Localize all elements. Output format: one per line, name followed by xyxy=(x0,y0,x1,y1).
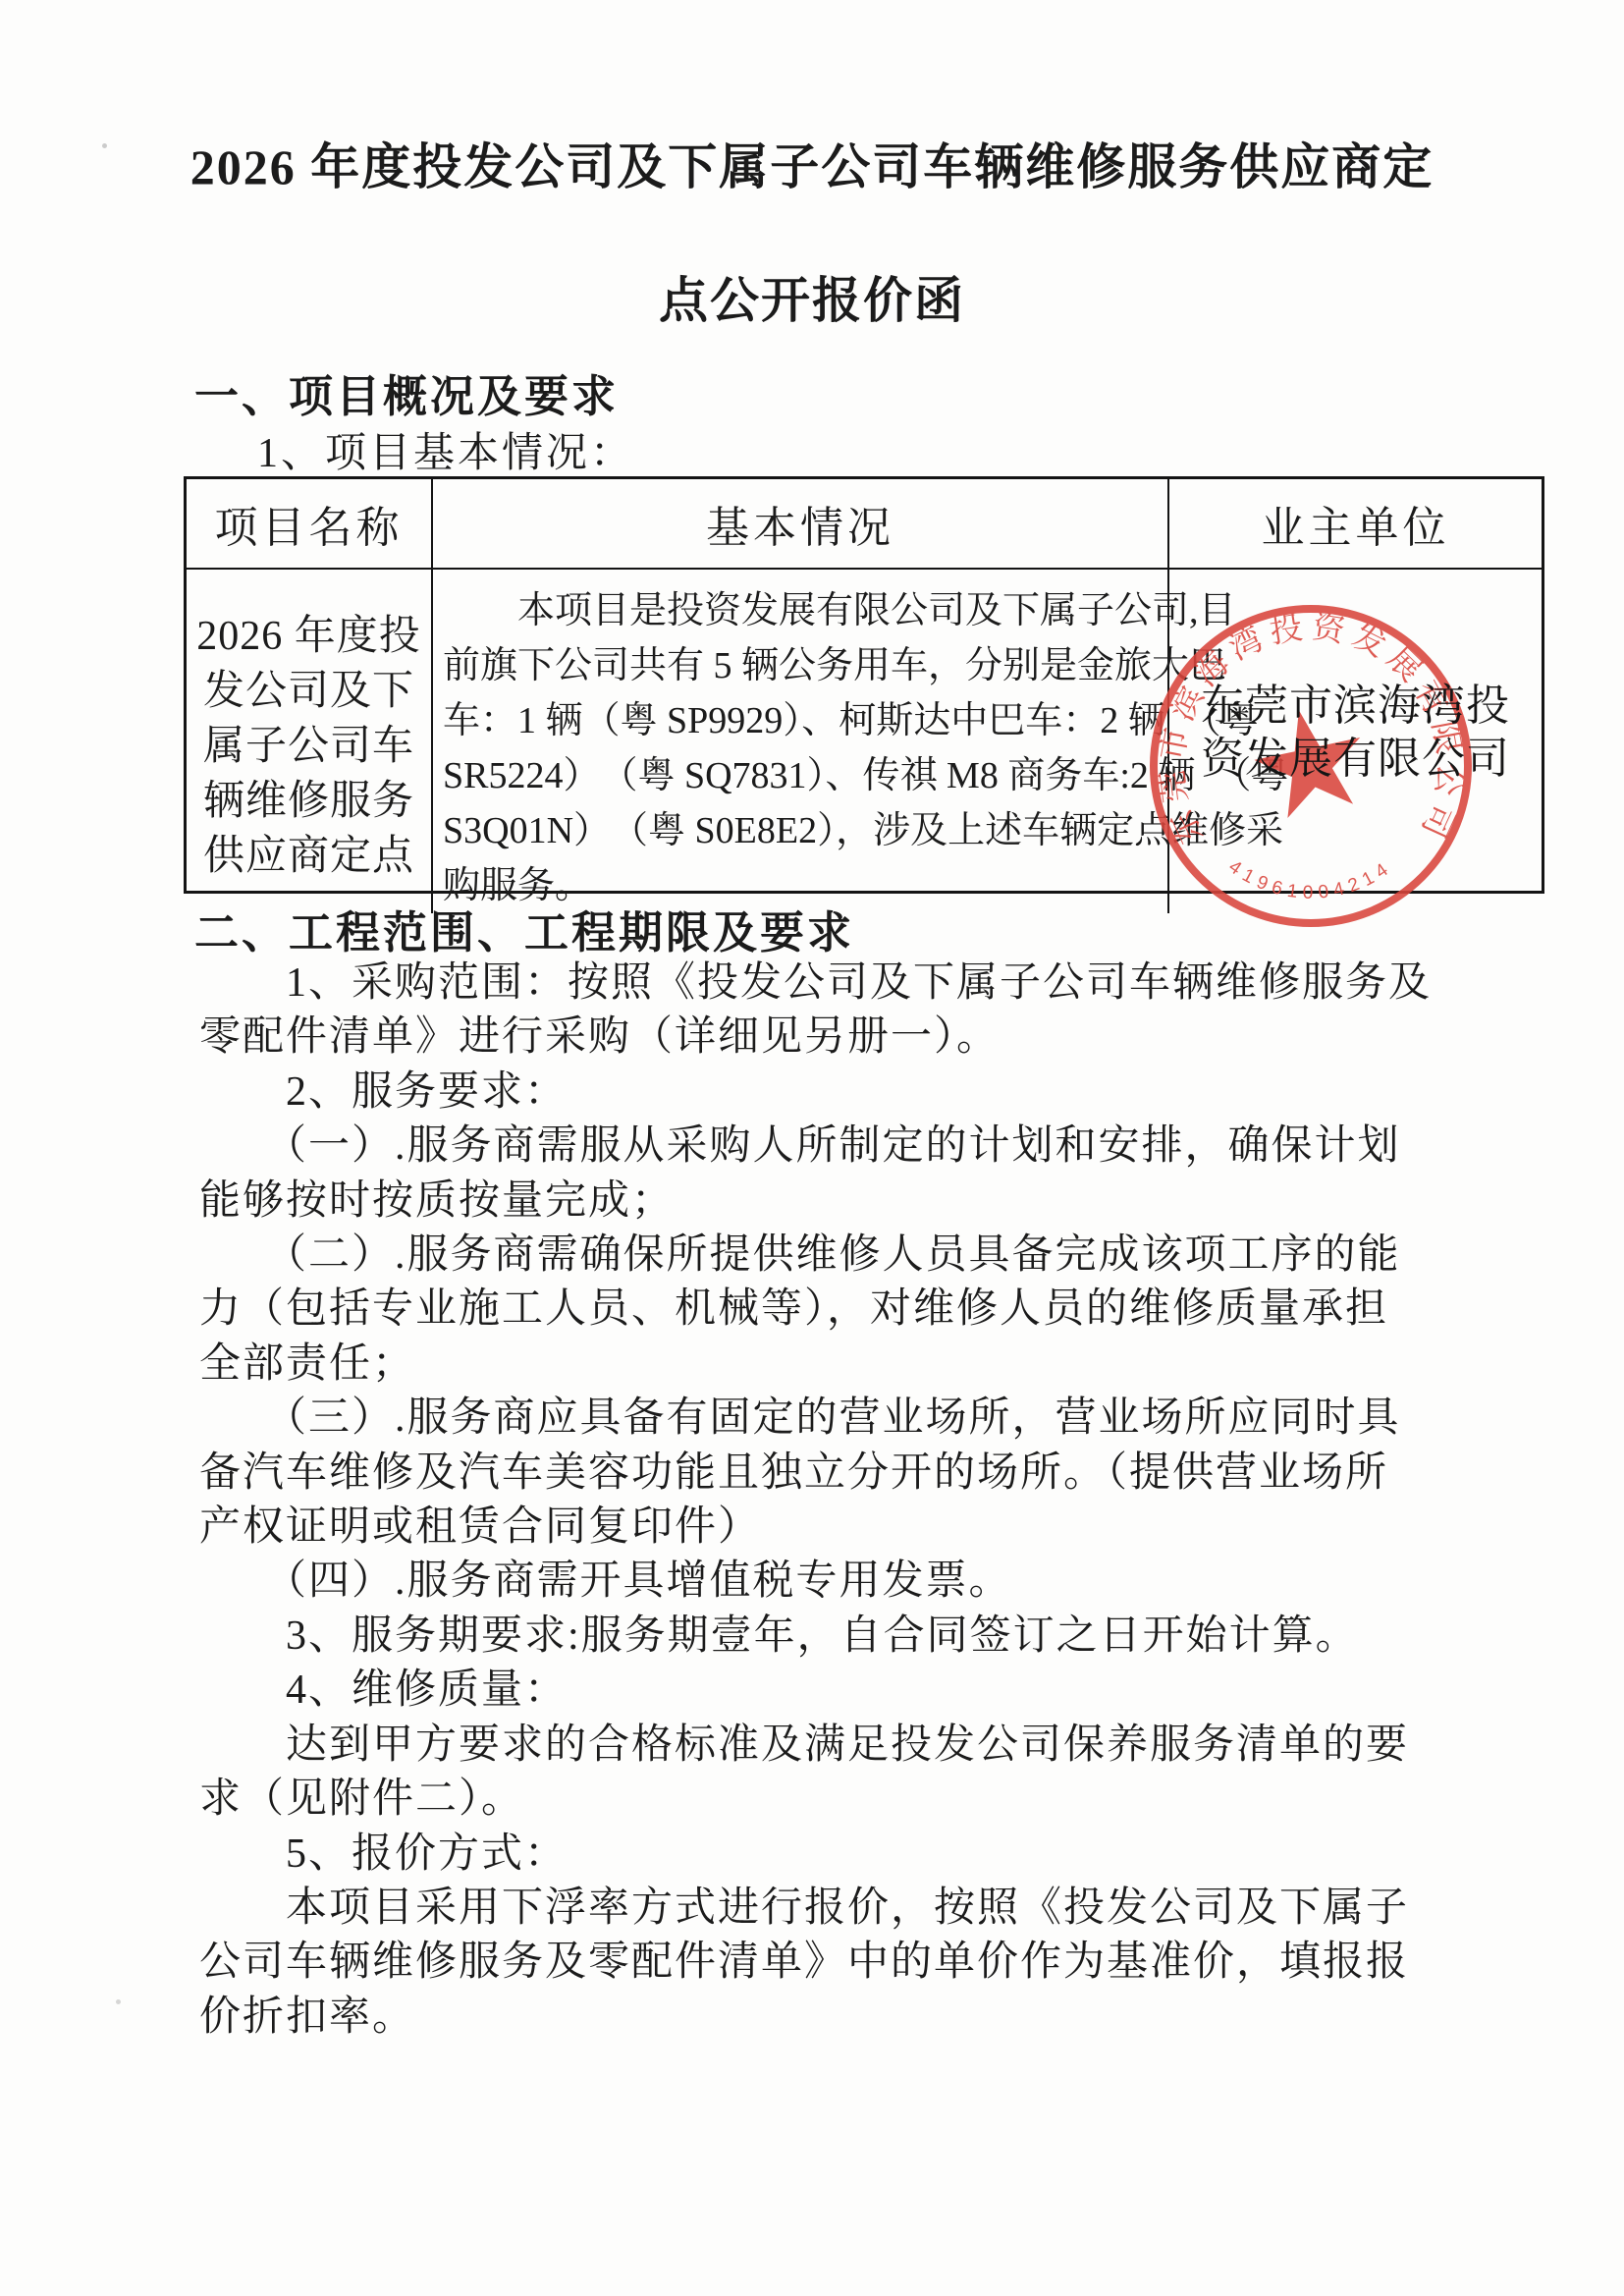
text-line: 供应商定点 xyxy=(187,829,431,884)
table-header-project-name: 项目名称 xyxy=(187,479,433,570)
project-info-table: 项目名称 基本情况 业主单位 2026 年度投发公司及下属子公司车辆维修服务供应… xyxy=(184,476,1544,894)
text-line: 2、服务要求： xyxy=(199,1066,1505,1120)
text-line: 公司车辆维修服务及零配件清单》中的单价作为基准价，填报报 xyxy=(199,1936,1505,1990)
text-line: 购服务。 xyxy=(443,858,1164,913)
text-line: 达到甲方要求的合格标准及满足投发公司保养服务清单的要 xyxy=(199,1719,1505,1773)
text-line: 辆维修服务 xyxy=(187,774,431,829)
table-header-owner-unit: 业主单位 xyxy=(1169,479,1542,570)
section1-heading: 一、项目概况及要求 xyxy=(194,371,619,422)
text-line: 2026 年度投 xyxy=(187,609,431,664)
table-cell-owner-unit: 东莞市滨海湾投资发展有限公司 4419610042148 东莞市滨海湾投资发展有… xyxy=(1169,570,1542,913)
text-line: 零配件清单》进行采购（详细见另册一）。 xyxy=(199,1011,1505,1065)
text-line: 1、采购范围：按照《投发公司及下属子公司车辆维修服务及 xyxy=(199,957,1505,1011)
table-cell-basic-info: 本项目是投资发展有限公司及下属子公司,目前旗下公司共有 5 辆公务用车，分别是金… xyxy=(433,570,1169,913)
text-line: 产权证明或租赁合同复印件） xyxy=(199,1501,1505,1555)
text-line: 全部责任； xyxy=(199,1338,1505,1392)
document-title-line1: 2026 年度投发公司及下属子公司车辆维修服务供应商定 xyxy=(0,137,1624,196)
text-line: 3、服务期要求:服务期壹年，自合同签订之日开始计算。 xyxy=(199,1610,1505,1664)
section1-subheading: 1、项目基本情况： xyxy=(257,429,634,478)
text-line: 4、维修质量： xyxy=(199,1664,1505,1718)
section2-heading: 二、工程范围、工程期限及要求 xyxy=(194,907,854,958)
text-line: 5、报价方式： xyxy=(199,1828,1505,1882)
text-line: 前旗下公司共有 5 辆公务用车，分别是金旅大巴 xyxy=(443,638,1164,693)
text-line: 车：1 辆（粤 SP9929）、柯斯达中巴车：2 辆 （粤 xyxy=(443,693,1164,748)
document-title-line2: 点公开报价函 xyxy=(0,271,1624,330)
table-header-basic-info: 基本情况 xyxy=(433,479,1169,570)
text-line: （一）.服务商需服从采购人所制定的计划和安排，确保计划 xyxy=(199,1120,1505,1174)
text-line: 本项目采用下浮率方式进行报价，按照《投发公司及下属子 xyxy=(199,1882,1505,1936)
text-line: 价折扣率。 xyxy=(199,1991,1505,2045)
text-line: 求（见附件二）。 xyxy=(199,1773,1505,1827)
text-line: （四）.服务商需开具增值税专用发票。 xyxy=(199,1555,1505,1609)
section2-body-text: 1、采购范围：按照《投发公司及下属子公司车辆维修服务及零配件清单》进行采购（详细… xyxy=(199,957,1505,2045)
scanned-document-page: 2026 年度投发公司及下属子公司车辆维修服务供应商定 点公开报价函 一、项目概… xyxy=(0,0,1624,2296)
text-line: 力（包括专业施工人员、机械等），对维修人员的维修质量承担 xyxy=(199,1283,1505,1337)
scan-speck xyxy=(116,1999,121,2004)
table-cell-project-name: 2026 年度投发公司及下属子公司车辆维修服务供应商定点 xyxy=(187,570,433,913)
text-line: 属子公司车 xyxy=(187,719,431,774)
scan-speck xyxy=(102,143,107,148)
text-line: S3Q01N） （粤 S0E8E2），涉及上述车辆定点维修采 xyxy=(443,803,1164,858)
text-line: （三）.服务商应具备有固定的营业场所，营业场所应同时具 xyxy=(199,1392,1505,1446)
text-line: 备汽车维修及汽车美容功能且独立分开的场所。（提供营业场所 xyxy=(199,1447,1505,1501)
text-line: 能够按时按质按量完成； xyxy=(199,1175,1505,1229)
text-line: （二）.服务商需确保所提供维修人员具备完成该项工序的能 xyxy=(199,1229,1505,1283)
owner-unit-name: 东莞市滨海湾投资发展有限公司 xyxy=(1169,680,1542,786)
text-line: 资发展有限公司 xyxy=(1169,733,1542,786)
text-line: 东莞市滨海湾投 xyxy=(1169,680,1542,733)
text-line: 本项目是投资发展有限公司及下属子公司,目 xyxy=(443,583,1164,638)
text-line: SR5224） （粤 SQ7831）、传祺 M8 商务车:2 辆 （粤 xyxy=(443,748,1164,803)
text-line: 发公司及下 xyxy=(187,664,431,719)
